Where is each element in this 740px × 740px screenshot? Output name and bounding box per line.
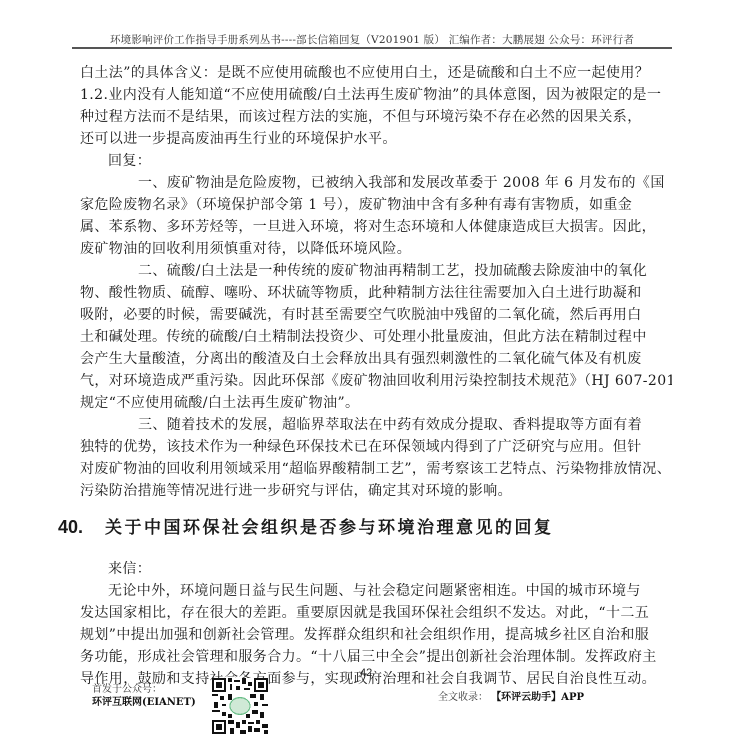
reply-label: 回复： [80,150,672,172]
body-line: 规划”中提出加强和创新社会管理。发挥群众组织和社会组织作用，提高城乡社区自治和服 [80,624,672,646]
letter-label: 来信： [80,558,672,580]
body-line: 规定“不应使用硫酸/白土法再生废矿物油”。 [80,392,672,414]
body-line: 还可以进一步提高废油再生行业的环境保护水平。 [80,128,672,150]
qr-code-icon [212,678,268,734]
body-line: 土和碱处理。传统的硫酸/白土精制法投资少、可处理小批量废油，但此方法在精制过程中 [80,326,672,348]
body-line: 家危险废物名录》（环境保护部令第 1 号），废矿物油中含有多种有毒有害物质，如重… [80,194,672,216]
section-number: 40. [58,517,83,537]
body-line: 废矿物油的回收利用须慎重对待，以降低环境风险。 [80,238,672,260]
body-line: 二、硫酸/白土法是一种传统的废矿物油再精制工艺，投加硫酸去除废油中的氧化 [80,260,672,282]
body-line: 污染防治措施等情况进行进一步研究与评估，确定其对环境的影响。 [80,480,672,502]
page-number: 42 [360,667,372,679]
body-line: 独特的优势，该技术作为一种绿色环保技术已在环保领域内得到了广泛研究与应用。但针 [80,436,672,458]
body-line: 气，对环境造成严重污染。因此环保部《废矿物油回收利用污染控制技术规范》（HJ 6… [80,370,672,392]
body-line: 1.2.业内没有人能知道“不应使用硫酸/白土法再生废矿物油”的具体意图，因为被限… [80,84,672,106]
footer-publisher: 首发于公众号： 环评互联网(EIANET) [92,683,196,709]
first-published-label: 首发于公众号： [92,683,196,696]
header-divider [72,47,672,49]
body-line: 发达国家相比，存在很大的差距。重要原因就是我国环保社会组织不发达。对此，“十二五 [80,602,672,624]
body-line: 属、苯系物、多环芳烃等，一旦进入环境，将对生态环境和人体健康造成巨大损害。因此， [80,216,672,238]
spacer [80,548,672,558]
section-title: 关于中国环保社会组织是否参与环境治理意见的回复 [105,518,554,538]
body-line: 一、废矿物油是危险废物，已被纳入我部和发展改革委于 2008 年 6 月发布的《… [80,172,672,194]
body-line: 种过程方法而不是结果，而该过程方法的实施，不但与环境污染不存在必然的因果关系， [80,106,672,128]
account-name: 环评互联网(EIANET) [92,696,196,709]
app-name: 【环评云助手】APP [491,692,584,703]
section-heading: 40.关于中国环保社会组织是否参与环境治理意见的回复 [80,502,672,548]
running-header: 环境影响评价工作指导手册系列丛书----部长信箱回复（V201901 版） 汇编… [72,32,672,47]
body-line: 三、随着技术的发展，超临界萃取法在中药有效成分提取、香料提取等方面有着 [80,414,672,436]
body-line: 对废矿物油的回收利用领域采用“超临界酸精制工艺”，需考察该工艺特点、污染物排放情… [80,458,672,480]
body-line: 务功能，形成社会管理和服务合力。“十八届三中全会”提出创新社会治理体制。发挥政府… [80,646,672,668]
page-body: 白土法”的具体含义：是既不应使用硫酸也不应使用白土，还是硫酸和白土不应一起使用？… [80,62,672,690]
body-line: 无论中外，环境问题日益与民生问题、与社会稳定问题紧密相连。中国的城市环境与 [80,580,672,602]
body-line: 物、酸性物质、硫醇、噻吩、环状硫等物质，此种精制方法往往需要加入白土进行助凝和 [80,282,672,304]
body-line: 吸附，必要的时候，需要碱洗，有时甚至需要空气吹脱油中残留的二氧化硫，然后再用白 [80,304,672,326]
body-line: 会产生大量酸渣，分离出的酸渣及白土会释放出具有强烈刺激性的二氧化硫气体及有机废 [80,348,672,370]
footer-app-credit: 全文收录： 【环评云助手】APP [438,688,584,703]
body-line: 白土法”的具体含义：是既不应使用硫酸也不应使用白土，还是硫酸和白土不应一起使用？ [80,62,672,84]
collected-label: 全文收录： [438,692,488,703]
